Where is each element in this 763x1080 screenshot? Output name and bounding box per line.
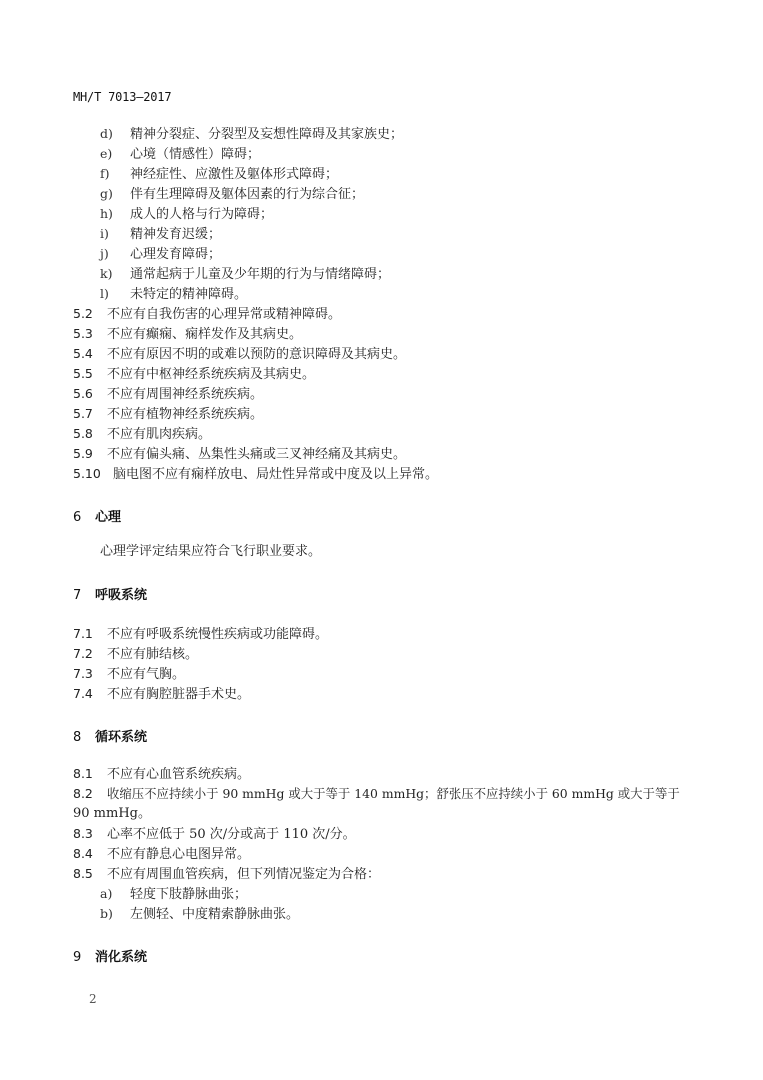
clause-7-2: 7.2不应有肺结核。: [73, 646, 198, 663]
clause-5-4: 5.4不应有原因不明的或难以预防的意识障碍及其病史。: [73, 346, 406, 363]
clause-8-5: 8.5不应有周围血管疾病，但下列情况鉴定为合格：: [73, 866, 380, 883]
list-item: h)成人的人格与行为障碍；: [100, 206, 273, 223]
section-6-body: 心理学评定结果应符合飞行职业要求。: [100, 544, 321, 560]
list-item: e)心境（情感性）障碍；: [100, 146, 260, 163]
clause-5-9: 5.9不应有偏头痛、丛集性头痛或三叉神经痛及其病史。: [73, 446, 406, 463]
clause-7-3: 7.3不应有气胸。: [73, 666, 185, 683]
clause-5-6: 5.6不应有周围神经系统疾病。: [73, 386, 263, 403]
clause-7-1: 7.1不应有呼吸系统慢性疾病或功能障碍。: [73, 626, 328, 643]
clause-5-10: 5.10脑电图不应有痫样放电、局灶性异常或中度及以上异常。: [73, 466, 438, 483]
page-number: 2: [89, 992, 97, 1006]
document-code: MH/T 7013—2017: [73, 90, 171, 104]
clause-8-1: 8.1不应有心血管系统疾病。: [73, 766, 250, 783]
list-item: b)左侧轻、中度精索静脉曲张。: [100, 906, 299, 923]
list-item: l)未特定的精神障碍。: [100, 286, 247, 303]
section-6-heading: 6心理: [73, 506, 121, 525]
list-item: d)精神分裂症、分裂型及妄想性障碍及其家族史；: [100, 126, 403, 143]
clause-5-7: 5.7不应有植物神经系统疾病。: [73, 406, 263, 423]
list-item: j)心理发育障碍；: [100, 246, 221, 263]
section-8-heading: 8循环系统: [73, 726, 147, 745]
clause-8-2: 8.2收缩压不应持续小于 90 mmHg 或大于等于 140 mmHg；舒张压不…: [73, 786, 680, 802]
list-item: i)精神发育迟缓；: [100, 226, 221, 243]
list-item: a)轻度下肢静脉曲张；: [100, 886, 247, 903]
section-9-heading: 9消化系统: [73, 946, 147, 965]
clause-5-5: 5.5不应有中枢神经系统疾病及其病史。: [73, 366, 315, 383]
list-item: f)神经症性、应激性及躯体形式障碍；: [100, 166, 338, 183]
clause-8-3: 8.3心率不应低于 50 次/分或高于 110 次/分。: [73, 826, 356, 843]
list-item: k)通常起病于儿童及少年期的行为与情绪障碍；: [100, 266, 390, 283]
clause-8-4: 8.4不应有静息心电图异常。: [73, 846, 250, 863]
clause-5-2: 5.2不应有自我伤害的心理异常或精神障碍。: [73, 306, 341, 323]
clause-8-2-continuation: 90 mmHg。: [73, 806, 151, 822]
list-item: g)伴有生理障碍及躯体因素的行为综合征；: [100, 186, 364, 203]
clause-5-3: 5.3不应有癫痫、痫样发作及其病史。: [73, 326, 302, 343]
clause-7-4: 7.4不应有胸腔脏器手术史。: [73, 686, 250, 703]
document-page: MH/T 7013—2017 d)精神分裂症、分裂型及妄想性障碍及其家族史； e…: [0, 0, 763, 1080]
section-7-heading: 7呼吸系统: [73, 584, 147, 603]
clause-5-8: 5.8不应有肌肉疾病。: [73, 426, 211, 443]
